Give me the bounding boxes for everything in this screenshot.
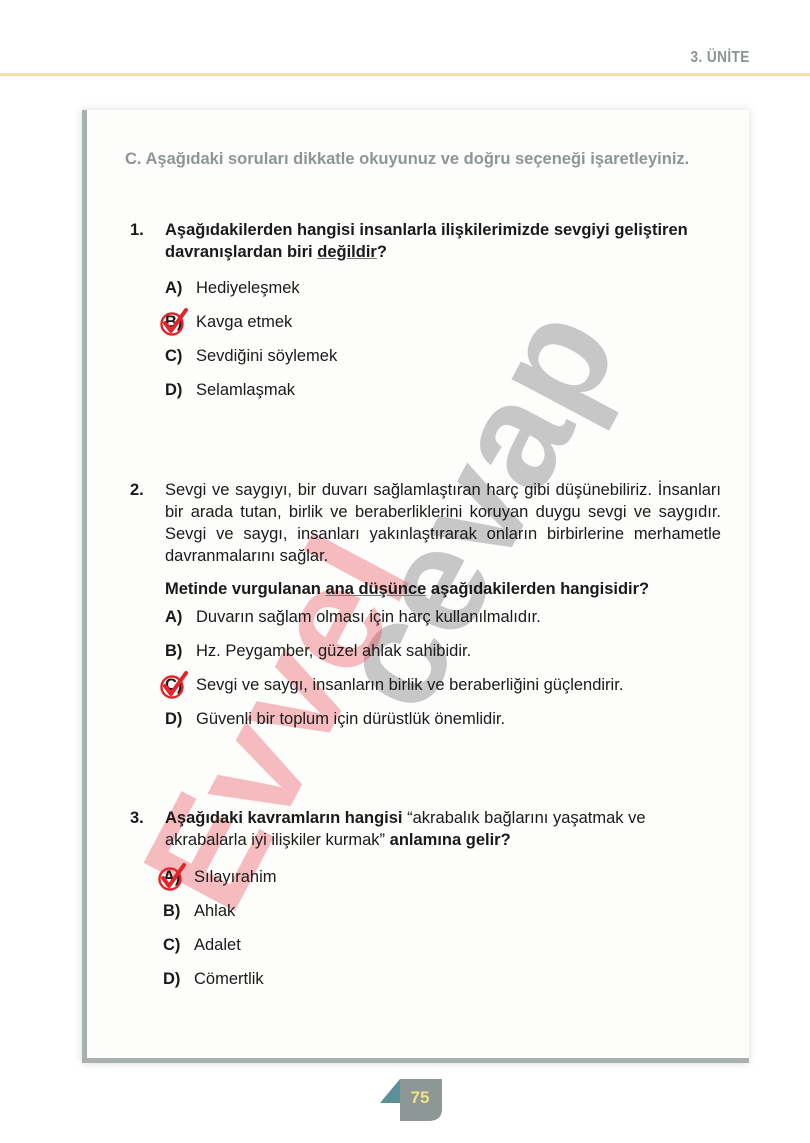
question-number: 2. (130, 479, 144, 501)
option-text: Ahlak (194, 900, 235, 922)
question-passage: Sevgi ve saygıyı, bir duvarı sağlamlaştı… (165, 479, 721, 567)
option-letter: D) (165, 708, 182, 730)
option-letter: C) (165, 345, 182, 367)
unit-label: 3. ÜNİTE (691, 49, 750, 67)
option-text: Güvenli bir toplum için dürüstlük önemli… (196, 708, 505, 730)
question-number: 3. (130, 807, 144, 829)
question-stem: Aşağıdaki kavramların hangisi “akrabalık… (165, 807, 720, 851)
question-number: 1. (130, 219, 144, 241)
option-letter: A) (165, 277, 182, 299)
option-text: Cömertlik (194, 968, 264, 990)
option-text: Sevgi ve saygı, insanların birlik ve ber… (196, 674, 623, 696)
option-text: Adalet (194, 934, 241, 956)
emphasis-underline: değildir (317, 243, 377, 261)
option-text: Sılayırahim (194, 866, 277, 888)
question-stem: Metinde vurgulanan ana düşünce aşağıdaki… (165, 578, 720, 600)
check-mark-icon (159, 307, 189, 337)
option-text: Kavga etmek (196, 311, 292, 333)
option-letter: B) (163, 900, 180, 922)
option-text: Selamlaşmak (196, 379, 295, 401)
option-letter: A) (165, 606, 182, 628)
option-letter: C) (163, 934, 180, 956)
option-letter: B) (165, 640, 182, 662)
check-mark-icon (157, 862, 187, 892)
check-mark-icon (159, 670, 189, 700)
option-text: Sevdiğini söylemek (196, 345, 337, 367)
option-letter: D) (165, 379, 182, 401)
question-stem: Aşağıdakilerden hangisi insanlarla ilişk… (165, 219, 720, 263)
option-letter: D) (163, 968, 180, 990)
option-text: Hediyeleşmek (196, 277, 300, 299)
option-text: Hz. Peygamber, güzel ahlak sahibidir. (196, 640, 471, 662)
header-rule (0, 73, 810, 76)
section-instruction: C. Aşağıdaki soruları dikkatle okuyunuz … (125, 150, 689, 169)
page-number: 75 (400, 1088, 440, 1108)
option-text: Duvarın sağlam olması için harç kullanıl… (196, 606, 541, 628)
emphasis-underline: ana düşünce (325, 580, 426, 598)
